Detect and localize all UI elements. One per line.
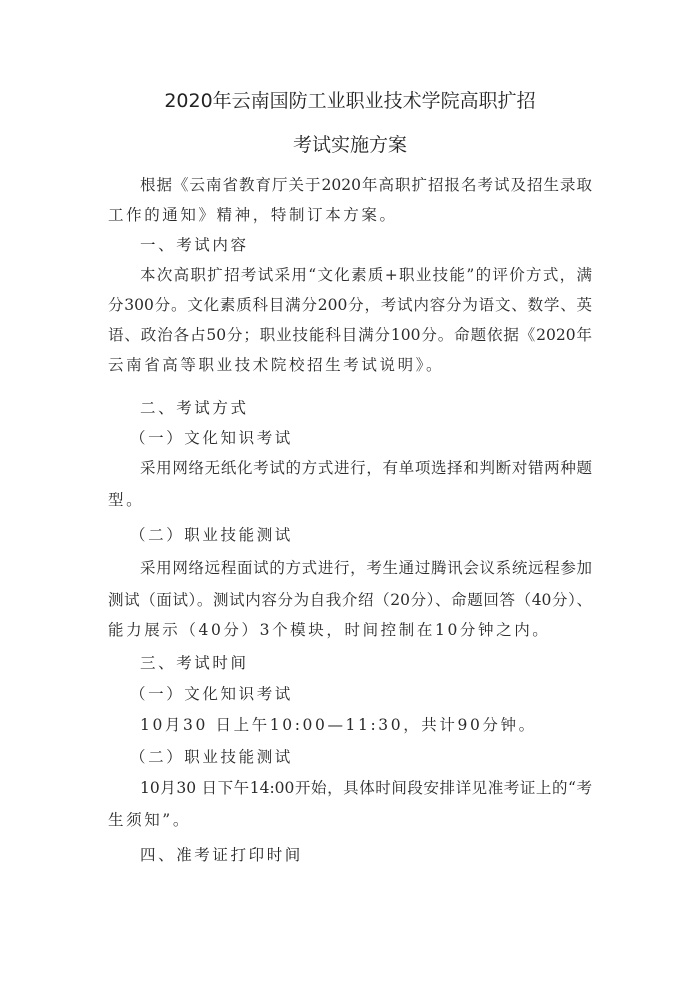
section3-heading: 三、考试时间 [140,648,592,678]
section3-sub1-heading: （一）文化知识考试 [130,679,582,709]
section2-sub2-line: 测试（面试）。测试内容分为自我介绍（20分）、命题回答（40分）、 [108,585,592,615]
section2-sub2-line: 能力展示（40分）3个模块，时间控制在10分钟之内。 [108,615,592,645]
document-title-line1: 2020年云南国防工业职业技术学院高职扩招 [0,86,700,113]
section2-sub1-line: 采用网络无纸化考试的方式进行，有单项选择和判断对错两种题 [140,453,592,483]
section1-paragraph-line: 分300分。文化素质科目满分200分，考试内容分为语文、数学、英 [108,290,592,320]
section1-paragraph-line: 云南省高等职业技术院校招生考试说明》。 [108,350,592,380]
section1-paragraph-line: 语、政治各占50分；职业技能科目满分100分。命题依据《2020年 [108,320,592,350]
intro-paragraph-line1: 根据《云南省教育厅关于2020年高职扩招报名考试及招生录取 [140,170,592,200]
section3-sub2-line: 生须知”。 [108,805,592,835]
document-title-line2: 考试实施方案 [0,130,700,157]
section2-sub1-line: 型。 [108,485,592,515]
section1-paragraph-line: 本次高职扩招考试采用“文化素质+职业技能”的评价方式，满 [140,260,592,290]
document-page: 2020年云南国防工业职业技术学院高职扩招 考试实施方案 根据《云南省教育厅关于… [0,0,700,989]
section2-sub2-heading: （二）职业技能测试 [130,520,582,550]
intro-paragraph-line2: 工作的通知》精神，特制订本方案。 [108,200,592,230]
section2-sub1-heading: （一）文化知识考试 [130,423,582,453]
section1-heading: 一、考试内容 [140,230,592,260]
section3-sub2-heading: （二）职业技能测试 [130,742,582,772]
section2-heading: 二、考试方式 [140,393,592,423]
section3-sub1-line: 10月30 日上午10:00—11:30，共计90分钟。 [140,710,592,740]
section3-sub2-line: 10月30 日下午14:00开始，具体时间段安排详见准考证上的“考 [140,773,592,803]
section2-sub2-line: 采用网络远程面试的方式进行，考生通过腾讯会议系统远程参加 [140,553,592,583]
section4-heading: 四、准考证打印时间 [140,840,592,870]
